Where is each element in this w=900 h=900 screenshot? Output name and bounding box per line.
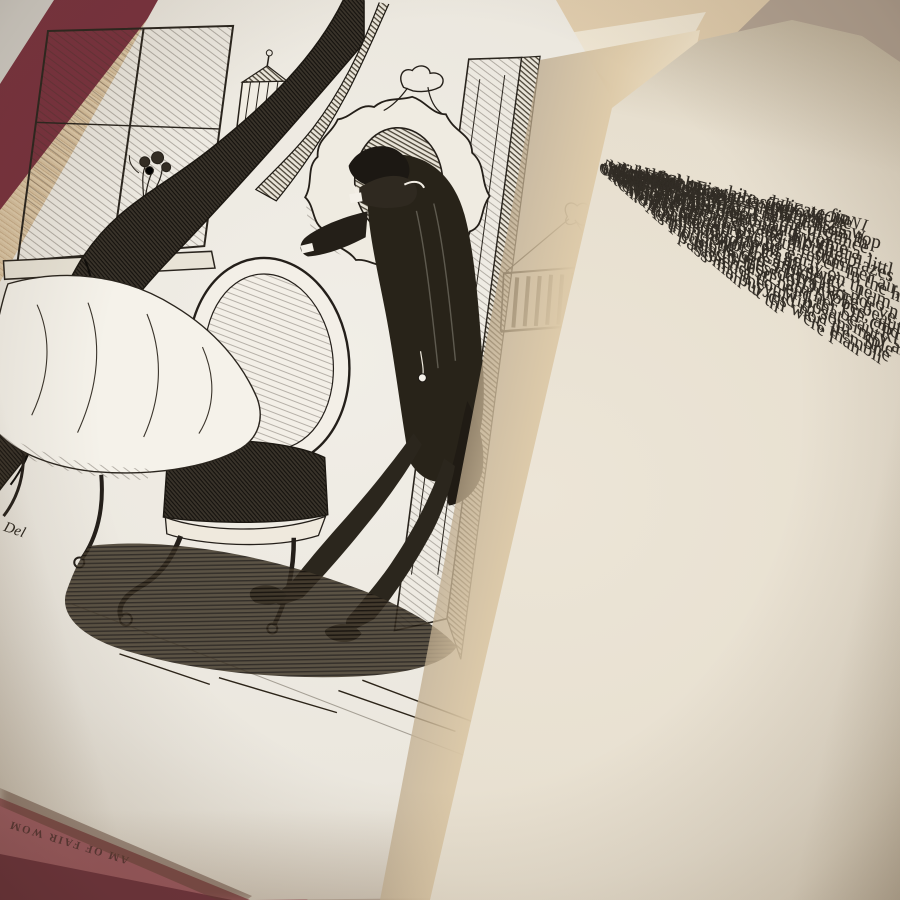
photo-of-open-antique-book: AM OF FAIR WOM [0,0,900,900]
engraving-signature: Darley. Del ries [0,501,29,563]
artist-signature: Darley. Del [0,503,27,541]
